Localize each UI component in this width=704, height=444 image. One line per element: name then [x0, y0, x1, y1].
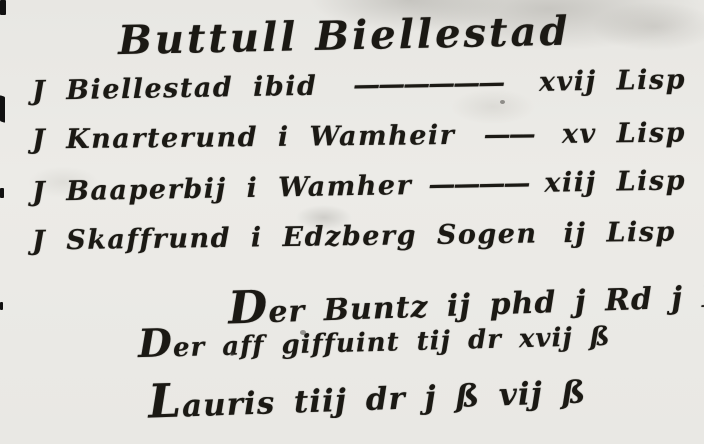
scan-edge-mark	[0, 188, 4, 198]
manuscript-page: Buttull Biellestad J Biellestad ibid ———…	[0, 0, 704, 444]
entry-value: xvij Lisp	[539, 64, 687, 98]
entry-value: xv Lisp	[562, 118, 686, 150]
scan-edge-mark	[0, 95, 5, 123]
entry-line: J Baaperbij i Wamher ———— xiij Lisp	[32, 165, 686, 207]
entry-text: J Biellestad ibid	[32, 71, 318, 107]
ink-fleck	[500, 100, 505, 104]
entry-dash: ——	[455, 119, 562, 151]
entry-line: J Skaffrund i Edzberg Sogen ij Lisp	[32, 216, 686, 256]
summary-line-lauris: Lauris tiij dr j ß vij ß	[147, 358, 587, 428]
entry-value: ij Lisp	[563, 217, 676, 250]
entry-value: xiij Lisp	[544, 165, 686, 198]
entry-line: J Knarterund i Wamheir —— xv Lisp	[32, 118, 686, 156]
ink-fleck	[230, 352, 234, 356]
entry-text: J Knarterund i Wamheir	[32, 120, 456, 155]
entry-text: J Skaffrund i Edzberg Sogen	[32, 219, 538, 257]
scan-edge-mark	[0, 302, 3, 310]
entry-text: J Baaperbij i Wamher	[32, 170, 413, 208]
entry-line: J Biellestad ibid —————— xvij Lisp	[32, 64, 686, 106]
scan-edge-mark	[0, 0, 6, 15]
entry-dash: ——————	[317, 67, 539, 102]
entry-dash: ————	[412, 168, 545, 201]
summary-line-tax: Der aff giffuint tij dr xvij ß	[137, 309, 611, 367]
page-heading: Buttull Biellestad	[118, 7, 605, 64]
ink-fleck	[300, 330, 306, 335]
